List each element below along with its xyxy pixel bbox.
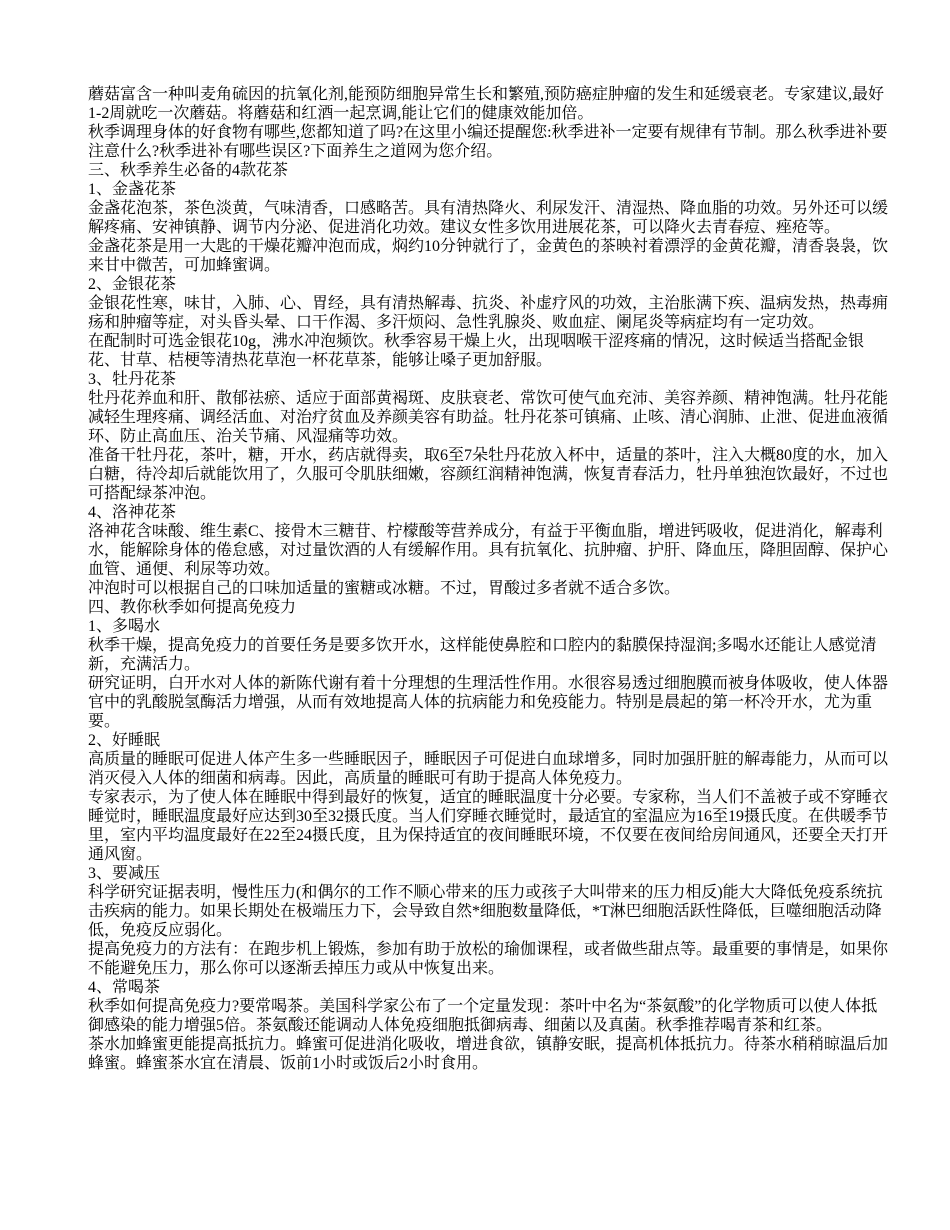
item-heading: 3、要减压: [88, 864, 888, 883]
body-paragraph: 金银花性寒，味甘，入肺、心、胃经，具有清热解毒、抗炎、补虚疗风的功效，主治胀满下…: [88, 294, 888, 332]
body-paragraph: 茶水加蜂蜜更能提高抵抗力。蜂蜜可促进消化吸收，增进食欲，镇静安眠，提高机体抵抗力…: [88, 1035, 888, 1073]
body-paragraph: 金盏花茶是用一大匙的干燥花瓣冲泡而成，焖约10分钟就行了，金黄色的茶映衬着漂浮的…: [88, 237, 888, 275]
body-paragraph: 牡丹花养血和肝、散郁祛瘀、适应于面部黄褐斑、皮肤衰老、常饮可使气血充沛、美容养颜…: [88, 389, 888, 446]
body-paragraph: 高质量的睡眠可促进人体产生多一些睡眠因子，睡眠因子可促进白血球增多，同时加强肝脏…: [88, 750, 888, 788]
item-heading: 4、洛神花茶: [88, 503, 888, 522]
body-paragraph: 蘑菇富含一种叫麦角硫因的抗氧化剂,能预防细胞异常生长和繁殖,预防癌症肿瘤的发生和…: [88, 85, 888, 123]
article-text: 蘑菇富含一种叫麦角硫因的抗氧化剂,能预防细胞异常生长和繁殖,预防癌症肿瘤的发生和…: [88, 85, 888, 1073]
item-heading: 2、金银花茶: [88, 275, 888, 294]
body-paragraph: 洛神花含味酸、维生素C、接骨木三糖苷、柠檬酸等营养成分，有益于平衡血脂，增进钙吸…: [88, 522, 888, 579]
section-heading: 四、教你秋季如何提高免疫力: [88, 598, 888, 617]
body-paragraph: 准备干牡丹花，茶叶，糖，开水，药店就得卖，取6至7朵牡丹花放入杯中，适量的茶叶，…: [88, 446, 888, 503]
body-paragraph: 秋季调理身体的好食物有哪些,您都知道了吗?在这里小编还提醒您:秋季进补一定要有规…: [88, 123, 888, 161]
body-paragraph: 科学研究证据表明，慢性压力(和偶尔的工作不顺心带来的压力或孩子大叫带来的压力相反…: [88, 883, 888, 940]
item-heading: 2、好睡眠: [88, 731, 888, 750]
body-paragraph: 秋季干燥，提高免疫力的首要任务是要多饮开水，这样能使鼻腔和口腔内的黏膜保持湿润;…: [88, 636, 888, 674]
body-paragraph: 在配制时可选金银花10g，沸水冲泡频饮。秋季容易干燥上火，出现咽喉干涩疼痛的情况…: [88, 332, 888, 370]
item-heading: 1、金盏花茶: [88, 180, 888, 199]
body-paragraph: 秋季如何提高免疫力?要常喝茶。美国科学家公布了一个定量发现：茶叶中名为“茶氨酸”…: [88, 997, 888, 1035]
document-page: 蘑菇富含一种叫麦角硫因的抗氧化剂,能预防细胞异常生长和繁殖,预防癌症肿瘤的发生和…: [0, 0, 950, 1230]
item-heading: 4、常喝茶: [88, 978, 888, 997]
item-heading: 1、多喝水: [88, 617, 888, 636]
body-paragraph: 研究证明，白开水对人体的新陈代谢有着十分理想的生理活性作用。水很容易透过细胞膜而…: [88, 674, 888, 731]
body-paragraph: 专家表示，为了使人体在睡眠中得到最好的恢复，适宜的睡眠温度十分必要。专家称，当人…: [88, 788, 888, 864]
body-paragraph: 提高免疫力的方法有：在跑步机上锻炼，参加有助于放松的瑜伽课程，或者做些甜点等。最…: [88, 940, 888, 978]
section-heading: 三、秋季养生必备的4款花茶: [88, 161, 888, 180]
body-paragraph: 金盏花泡茶，茶色淡黄，气味清香，口感略苦。具有清热降火、利尿发汗、清湿热、降血脂…: [88, 199, 888, 237]
body-paragraph: 冲泡时可以根据自己的口味加适量的蜜糖或冰糖。不过，胃酸过多者就不适合多饮。: [88, 579, 888, 598]
item-heading: 3、牡丹花茶: [88, 370, 888, 389]
